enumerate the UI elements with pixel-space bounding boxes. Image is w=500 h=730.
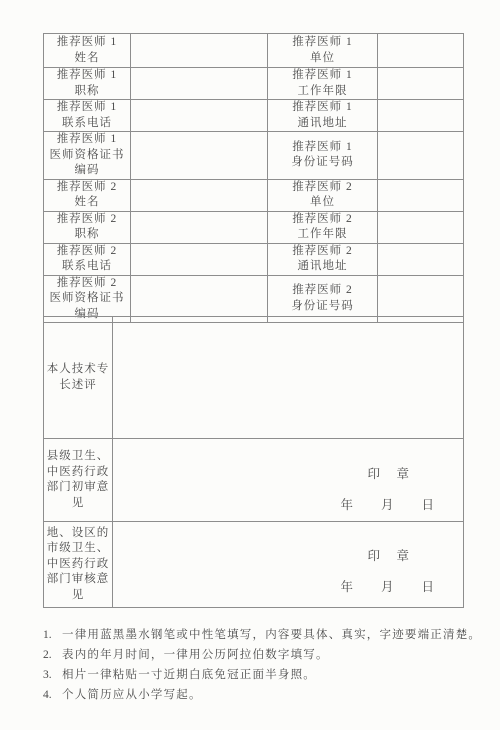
note-text: 一律用蓝黑墨水钢笔或中性笔填写，内容要具体、真实，字迹要端正清楚。 [62, 629, 481, 642]
input-cell-physician1-name [131, 34, 268, 68]
input-cell-physician2-years [378, 211, 464, 243]
input-cell-physician2-unit [378, 179, 464, 211]
label-physician1-certificate: 推荐医师 1 医师资格证书 编码 [44, 132, 131, 180]
table-row: 推荐医师 1 联系电话 推荐医师 1 通讯地址 [44, 100, 464, 132]
label-physician2-years: 推荐医师 2 工作年限 [268, 211, 378, 243]
input-cell-physician1-years [378, 68, 464, 100]
application-form-page: 推荐医师 1 姓名 推荐医师 1 单位 推荐医师 1 职称 推荐医师 1 工作年… [0, 0, 500, 730]
review-section-table: 本人技术专 长述评 县级卫生、 中医药行政 部门初审意 见 印 章 年 月 日 … [43, 316, 464, 608]
table-row: 推荐医师 1 姓名 推荐医师 1 单位 [44, 34, 464, 68]
city-date-label: 年 月 日 [340, 577, 435, 595]
cell-city-review-opinion: 印 章 年 月 日 [113, 522, 464, 608]
note-number: 1. [43, 629, 62, 642]
note-item: 1. 一律用蓝黑墨水钢笔或中性笔填写，内容要具体、真实，字迹要端正清楚。 [43, 629, 467, 642]
input-cell-physician2-phone [131, 243, 268, 275]
note-text: 个人简历应从小学写起。 [62, 689, 202, 702]
input-cell-physician1-phone [131, 100, 268, 132]
input-cell-physician2-address [378, 243, 464, 275]
note-item: 4. 个人简历应从小学写起。 [43, 689, 467, 702]
note-text: 相片一律粘贴一寸近期白底免冠正面半身照。 [62, 669, 316, 682]
table-row: 推荐医师 2 职称 推荐医师 2 工作年限 [44, 211, 464, 243]
input-cell-physician2-title [131, 211, 268, 243]
input-cell-physician1-unit [378, 34, 464, 68]
label-physician1-phone: 推荐医师 1 联系电话 [44, 100, 131, 132]
note-number: 3. [43, 669, 62, 682]
county-date-label: 年 月 日 [340, 495, 435, 513]
recommending-physician-table: 推荐医师 1 姓名 推荐医师 1 单位 推荐医师 1 职称 推荐医师 1 工作年… [43, 33, 464, 323]
label-physician2-phone: 推荐医师 2 联系电话 [44, 243, 131, 275]
note-number: 4. [43, 689, 62, 702]
input-cell-physician2-name [131, 179, 268, 211]
label-county-health-review: 县级卫生、 中医药行政 部门初审意 见 [44, 439, 113, 522]
label-physician1-id-number: 推荐医师 1 身份证号码 [268, 132, 378, 180]
label-physician1-title: 推荐医师 1 职称 [44, 68, 131, 100]
input-cell-physician1-address [378, 100, 464, 132]
label-city-health-review: 地、设区的 市级卫生、 中医药行政 部门审核意 见 [44, 522, 113, 608]
table-row: 本人技术专 长述评 [44, 317, 464, 439]
table-row: 推荐医师 1 职称 推荐医师 1 工作年限 [44, 68, 464, 100]
note-text: 表内的年月时间，一律用公历阿拉伯数字填写。 [62, 649, 329, 662]
city-seal-label: 印 章 [367, 546, 411, 564]
input-cell-physician1-id-number [378, 132, 464, 180]
label-physician2-unit: 推荐医师 2 单位 [268, 179, 378, 211]
label-physician1-years: 推荐医师 1 工作年限 [268, 68, 378, 100]
note-item: 2. 表内的年月时间，一律用公历阿拉伯数字填写。 [43, 649, 467, 662]
table-row: 推荐医师 1 医师资格证书 编码 推荐医师 1 身份证号码 [44, 132, 464, 180]
label-physician1-name: 推荐医师 1 姓名 [44, 34, 131, 68]
county-seal-label: 印 章 [367, 464, 411, 482]
label-personal-expertise-review: 本人技术专 长述评 [44, 317, 113, 439]
label-physician1-unit: 推荐医师 1 单位 [268, 34, 378, 68]
form-notes: 1. 一律用蓝黑墨水钢笔或中性笔填写，内容要具体、真实，字迹要端正清楚。 2. … [43, 629, 467, 709]
table-row: 推荐医师 2 姓名 推荐医师 2 单位 [44, 179, 464, 211]
table-row: 地、设区的 市级卫生、 中医药行政 部门审核意 见 印 章 年 月 日 [44, 522, 464, 608]
note-number: 2. [43, 649, 62, 662]
note-item: 3. 相片一律粘贴一寸近期白底免冠正面半身照。 [43, 669, 467, 682]
label-physician2-name: 推荐医师 2 姓名 [44, 179, 131, 211]
table-row: 县级卫生、 中医药行政 部门初审意 见 印 章 年 月 日 [44, 439, 464, 522]
label-physician1-address: 推荐医师 1 通讯地址 [268, 100, 378, 132]
label-physician2-title: 推荐医师 2 职称 [44, 211, 131, 243]
input-cell-physician1-title [131, 68, 268, 100]
input-cell-personal-expertise-review [113, 317, 464, 439]
table-row: 推荐医师 2 联系电话 推荐医师 2 通讯地址 [44, 243, 464, 275]
label-physician2-address: 推荐医师 2 通讯地址 [268, 243, 378, 275]
cell-county-review-opinion: 印 章 年 月 日 [113, 439, 464, 522]
input-cell-physician1-certificate [131, 132, 268, 180]
